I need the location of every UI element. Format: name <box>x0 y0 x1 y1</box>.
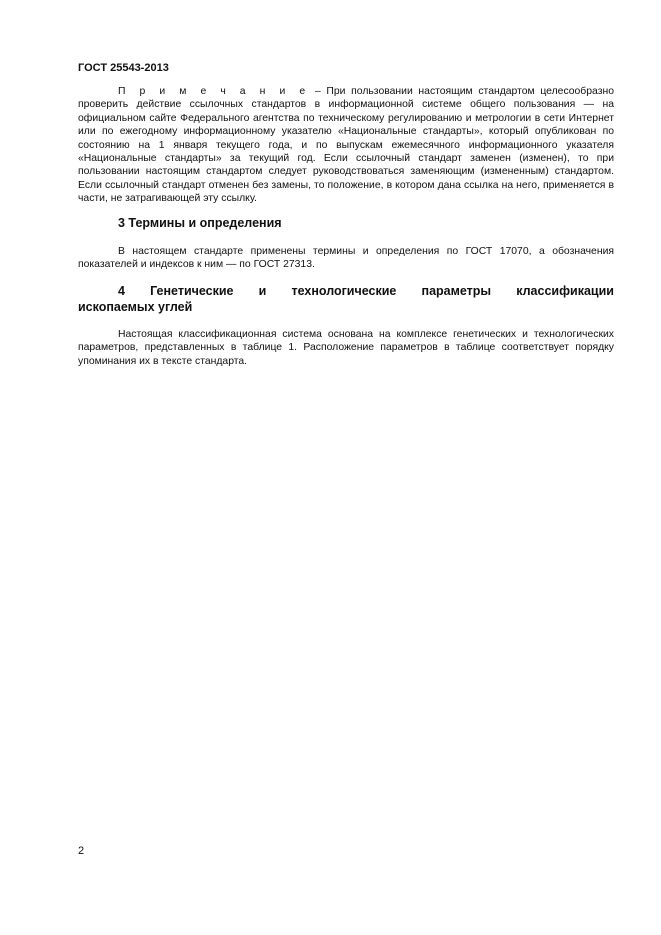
note-text: – При пользовании настоящим стандартом ц… <box>78 86 614 204</box>
page-number: 2 <box>78 845 84 857</box>
section-4-heading-line2: ископаемых углей <box>78 299 614 315</box>
section-4-paragraph: Настоящая классификационная система осно… <box>78 328 614 368</box>
section-3-heading: 3 Термины и определения <box>118 216 282 230</box>
section-4-heading-line1: 4 Генетические и технологические парамет… <box>78 283 614 299</box>
heading-word: 4 <box>118 283 125 299</box>
document-header: ГОСТ 25543-2013 <box>78 62 169 74</box>
heading-word: и <box>259 283 267 299</box>
section-4-heading: 4 Генетические и технологические парамет… <box>78 283 614 315</box>
heading-word: параметры <box>422 283 492 299</box>
note-paragraph: П р и м е ч а н и е – При пользовании на… <box>78 85 614 206</box>
heading-word: Генетические <box>150 283 233 299</box>
heading-word: технологические <box>291 283 396 299</box>
heading-word: классификации <box>516 283 614 299</box>
section-3-paragraph: В настоящем стандарте применены термины … <box>78 245 614 272</box>
note-label: П р и м е ч а н и е <box>118 86 309 97</box>
